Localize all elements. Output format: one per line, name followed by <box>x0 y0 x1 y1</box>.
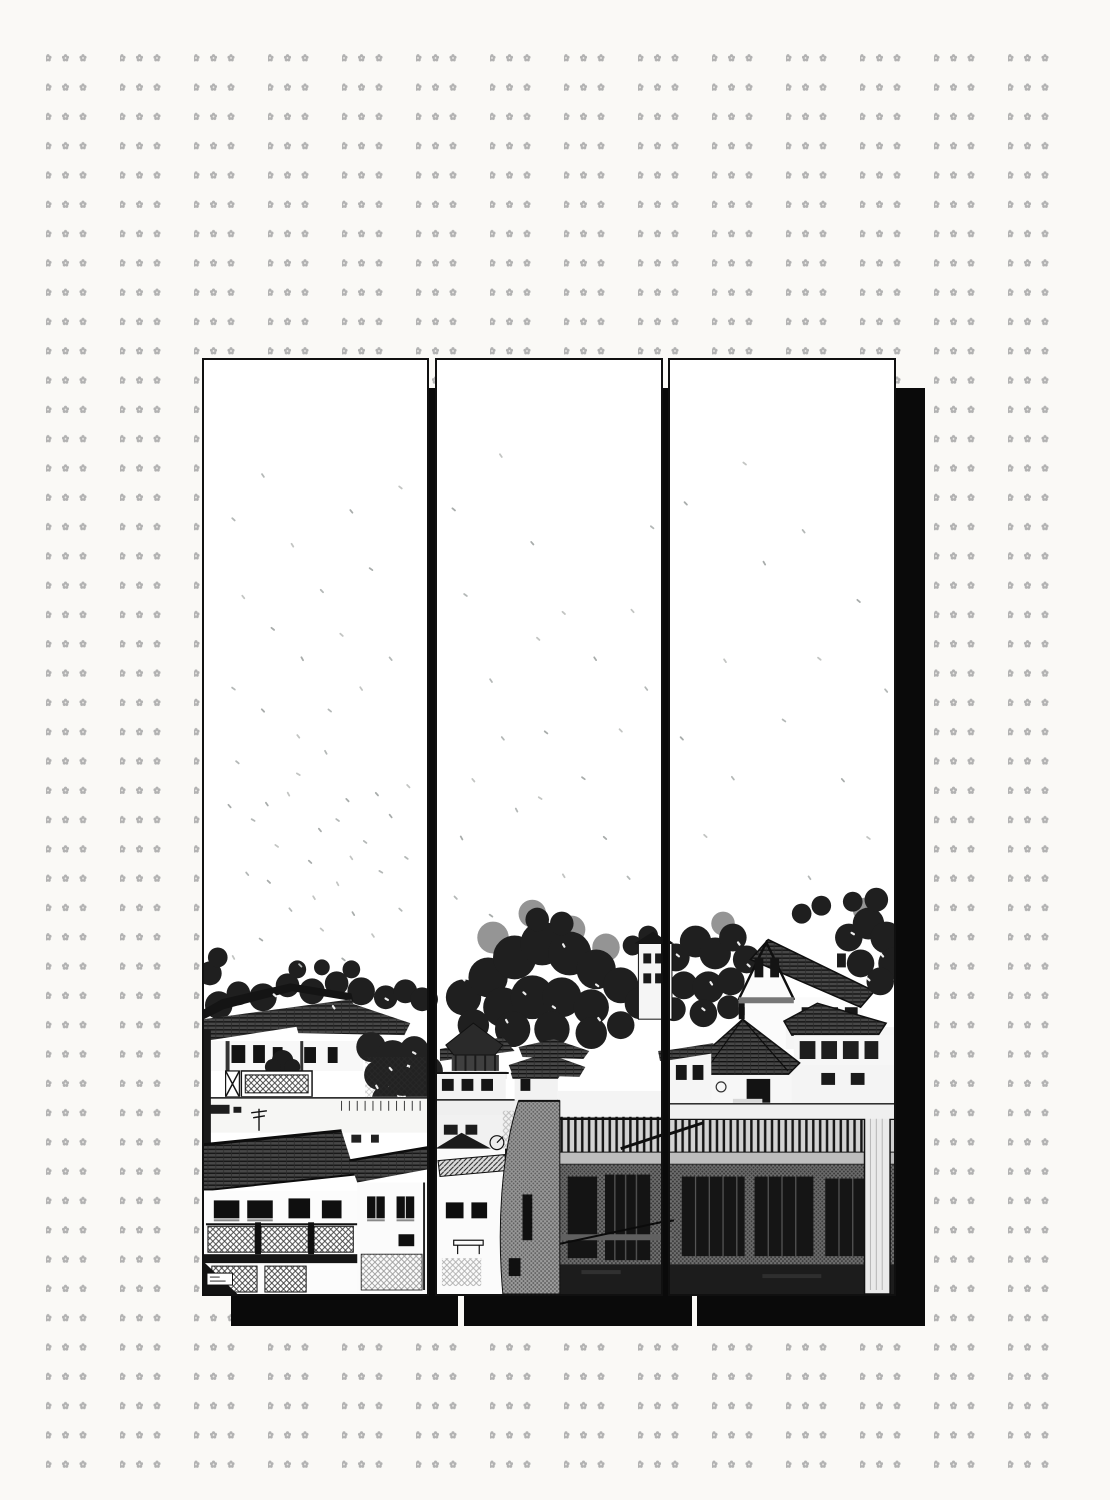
manga-panel-1 <box>202 358 429 1296</box>
manga-panel-2 <box>435 358 663 1296</box>
panel-3-scene <box>670 360 894 1294</box>
manga-page <box>0 0 1110 1500</box>
panel-1-scene <box>204 360 427 1294</box>
manga-panel-3 <box>668 358 896 1296</box>
panel-2-scene <box>437 360 661 1294</box>
